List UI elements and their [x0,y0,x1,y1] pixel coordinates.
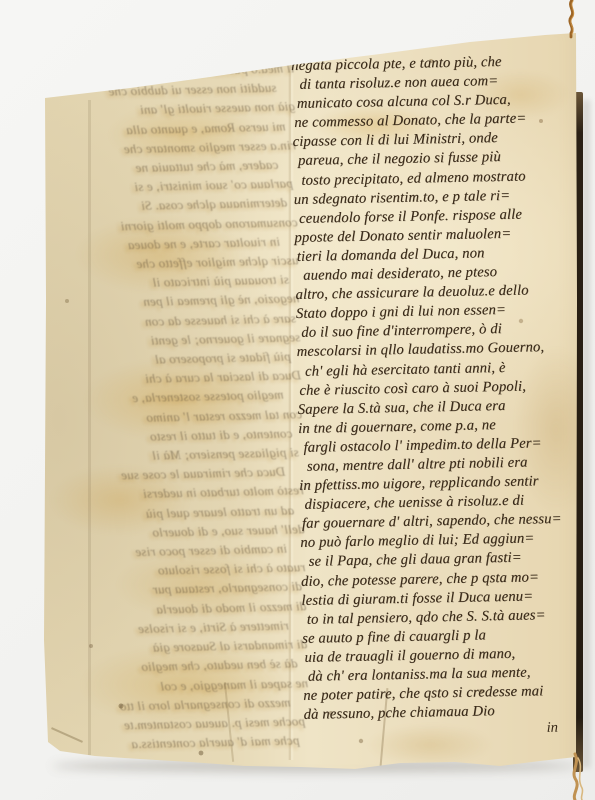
recto-text-block: negata piccola pte, e tanto più, chedi t… [291,51,594,725]
bleedthrough-line: pche mai d' auerla contentiss.a [61,731,299,756]
scan-background: il med.o passante. Quanto à isudditi non… [0,0,595,800]
verso-bleedthrough-text: il med.o passante. Quanto à isudditi non… [46,58,310,763]
bleedthrough-text-mirror: il med.o passante. Quanto à isudditi non… [46,58,310,755]
manuscript-page: il med.o passante. Quanto à isudditi non… [0,0,595,800]
foxing-specks [0,0,2,2]
page-right-shadow [582,100,590,768]
